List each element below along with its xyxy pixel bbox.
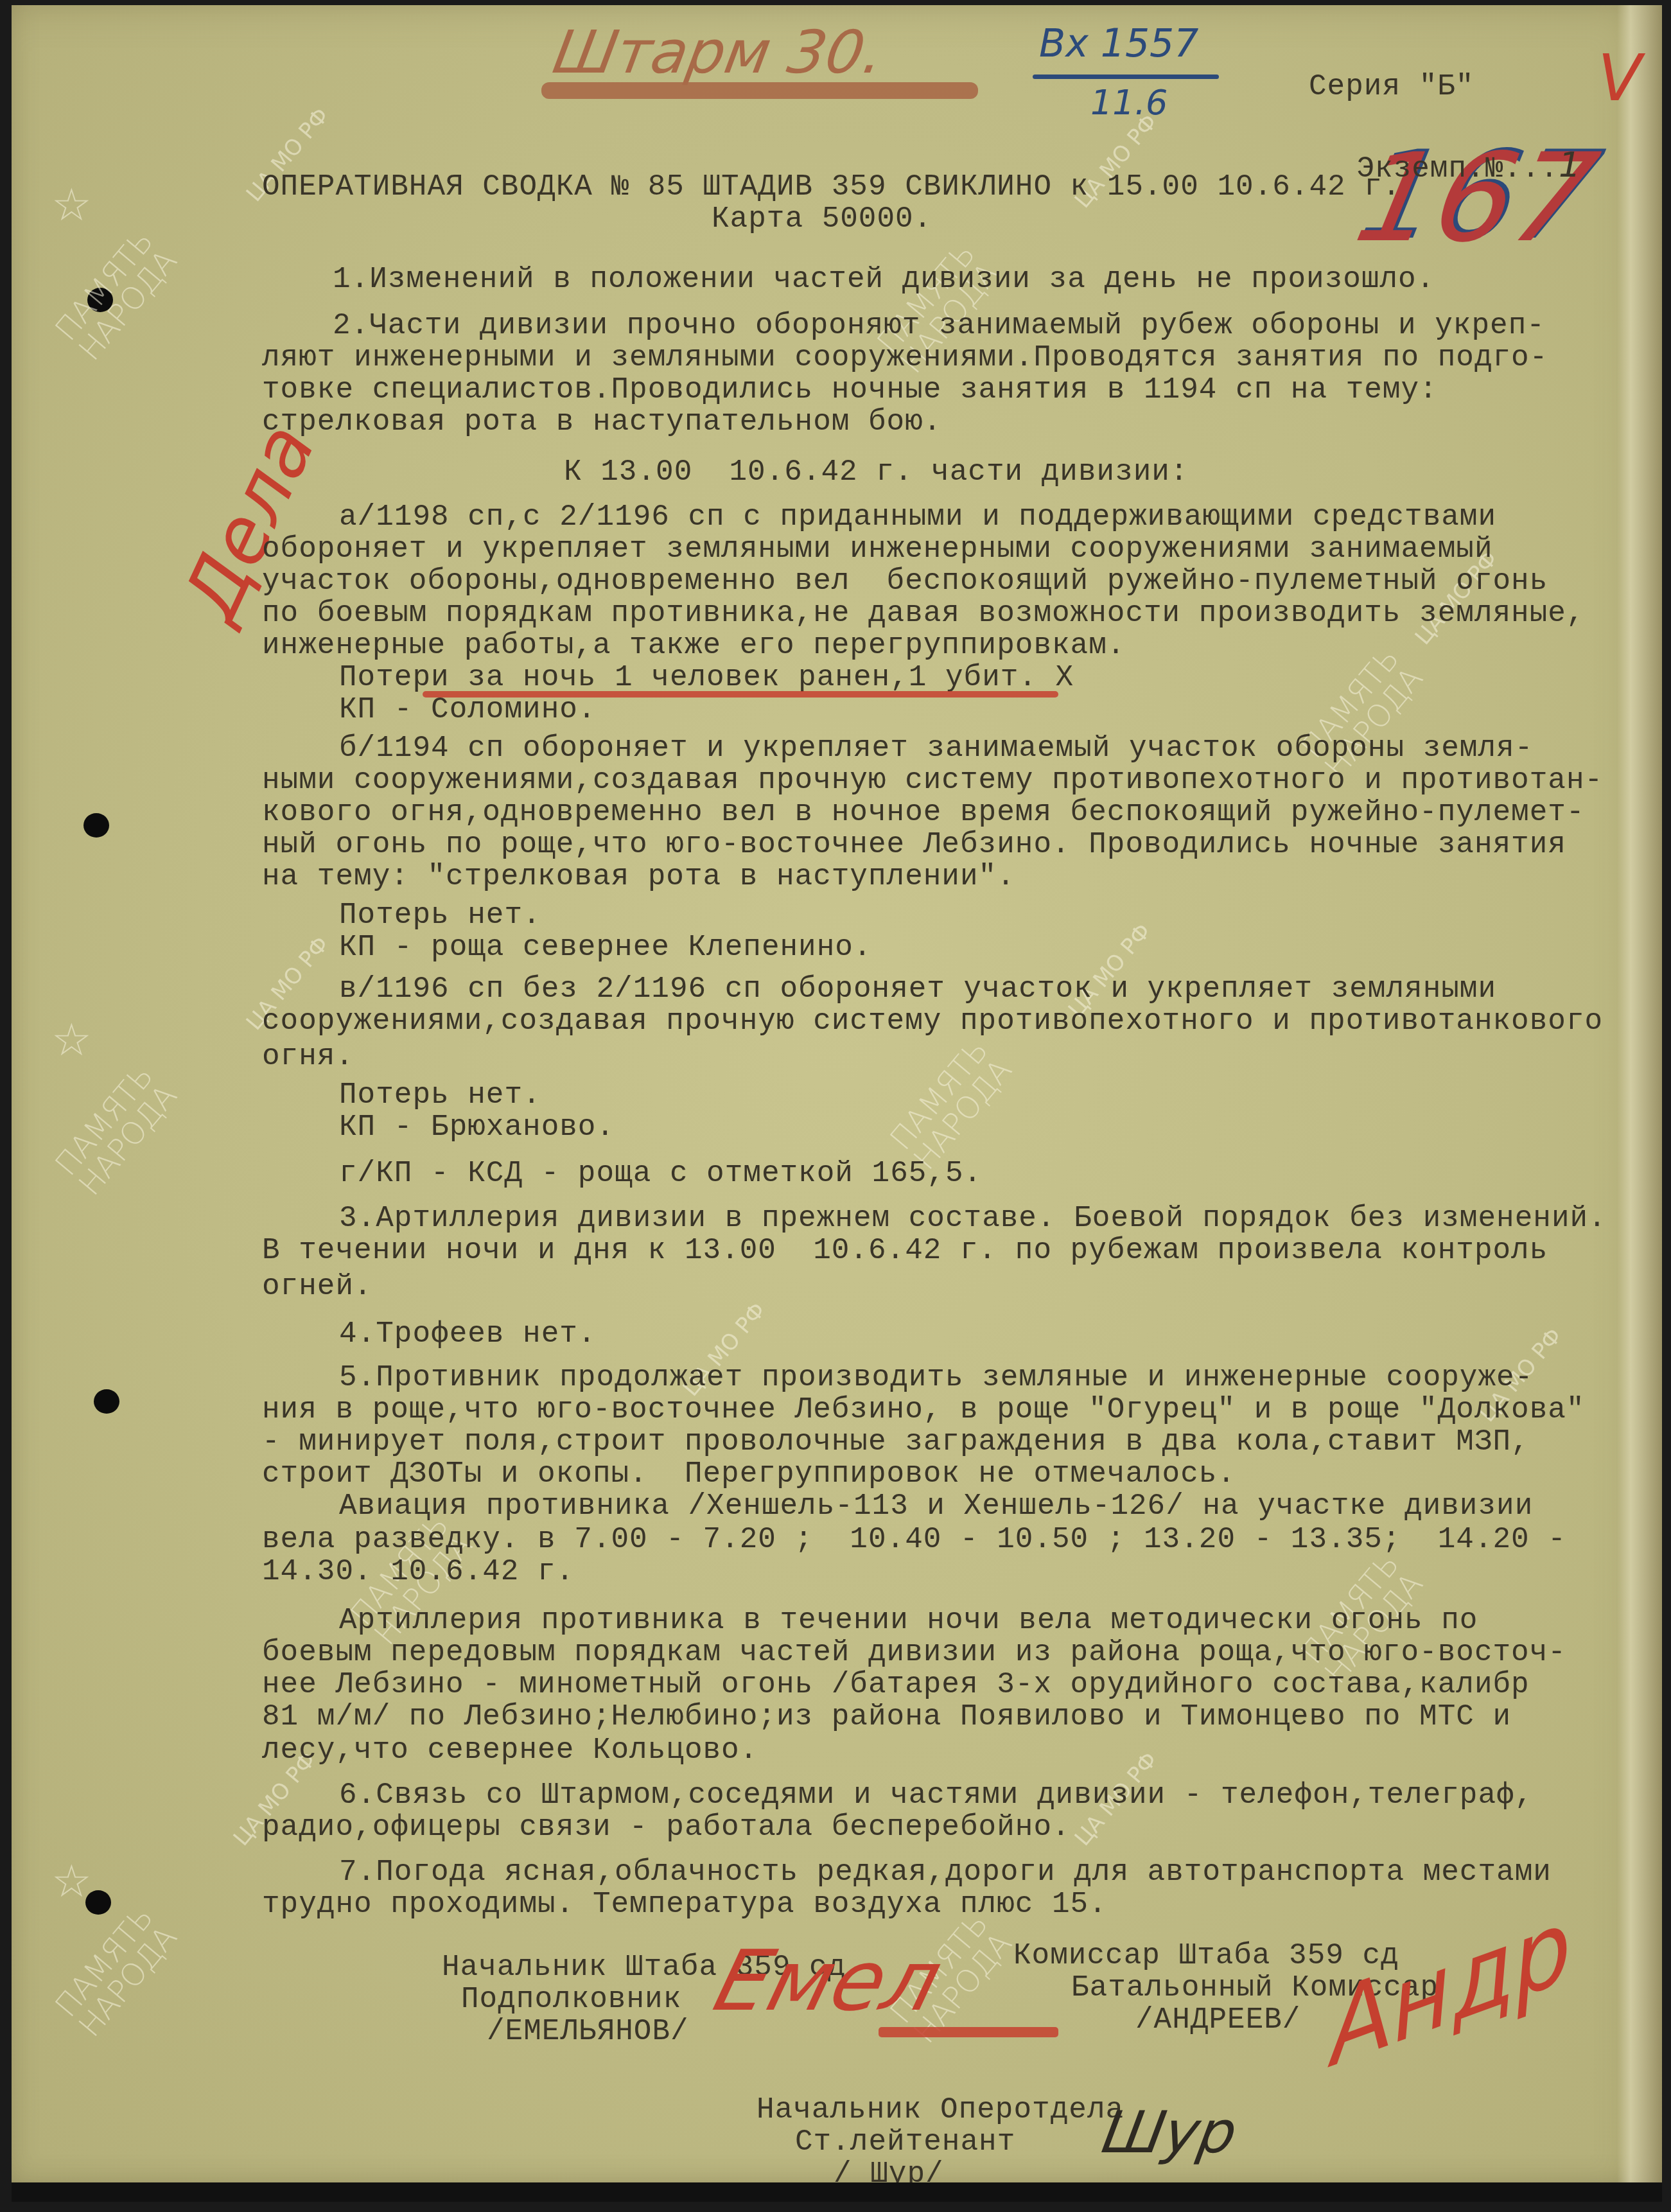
punch-hole xyxy=(83,813,109,838)
document-page: ЦА МО РФ ЦА МО РФ ЦА МО РФ ЦА МО РФ ЦА М… xyxy=(12,5,1662,2202)
map-scale: Карта 50000. xyxy=(712,202,932,236)
page-edge-shadow xyxy=(1617,5,1662,2202)
paragraph-1: 1.Изменений в положении частей дивизии з… xyxy=(333,262,1435,297)
scan-bottom-edge xyxy=(12,2182,1662,2202)
handwritten-addressee: Штарм 30. xyxy=(548,18,889,87)
incoming-underline xyxy=(1033,75,1219,79)
watermark-project: ПАМЯТЬ НАРОДА xyxy=(885,1034,1017,1175)
document-title: ОПЕРАТИВНАЯ СВОДКА № 85 ШТАДИВ 359 СВИКЛ… xyxy=(262,170,1401,204)
incoming-date: 11.6 xyxy=(1090,82,1168,123)
losses-line: Потери за ночь 1 человек ранен,1 убит. Х xyxy=(339,660,1074,695)
incoming-number: Вх 1557 xyxy=(1039,21,1198,66)
punch-hole xyxy=(94,1389,119,1414)
copy-number: 1 xyxy=(1559,145,1581,185)
copy-label: Экземп.№...1 xyxy=(1283,113,1581,221)
addressee-underline xyxy=(541,82,978,99)
series-label: Серия "Б" xyxy=(1309,69,1474,104)
paragraph-4: 4.Трофеев нет. xyxy=(339,1317,596,1351)
signature-ops-chief: Шур xyxy=(1098,2099,1242,2166)
watermark-star-icon: ☆ xyxy=(51,1014,92,1067)
watermark-project: ПАМЯТЬ НАРОДА xyxy=(50,225,182,365)
watermark-star-icon: ☆ xyxy=(51,179,92,232)
watermark-project: ПАМЯТЬ НАРОДА xyxy=(50,1901,182,2042)
status-subheading: К 13.00 10.6.42 г. части дивизии: xyxy=(564,455,1189,489)
watermark-project: ПАМЯТЬ НАРОДА xyxy=(50,1060,182,1200)
unit-g-line: г/КП - КСД - роща с отметкой 165,5. xyxy=(339,1156,982,1191)
watermark-star-icon: ☆ xyxy=(51,1855,92,1908)
signature-commissar: Андр xyxy=(1324,1886,1575,2089)
signature-stroke xyxy=(879,2027,1058,2037)
checkmark-icon: V xyxy=(1598,40,1641,116)
signature-chief-of-staff: Емел xyxy=(705,1932,952,2030)
